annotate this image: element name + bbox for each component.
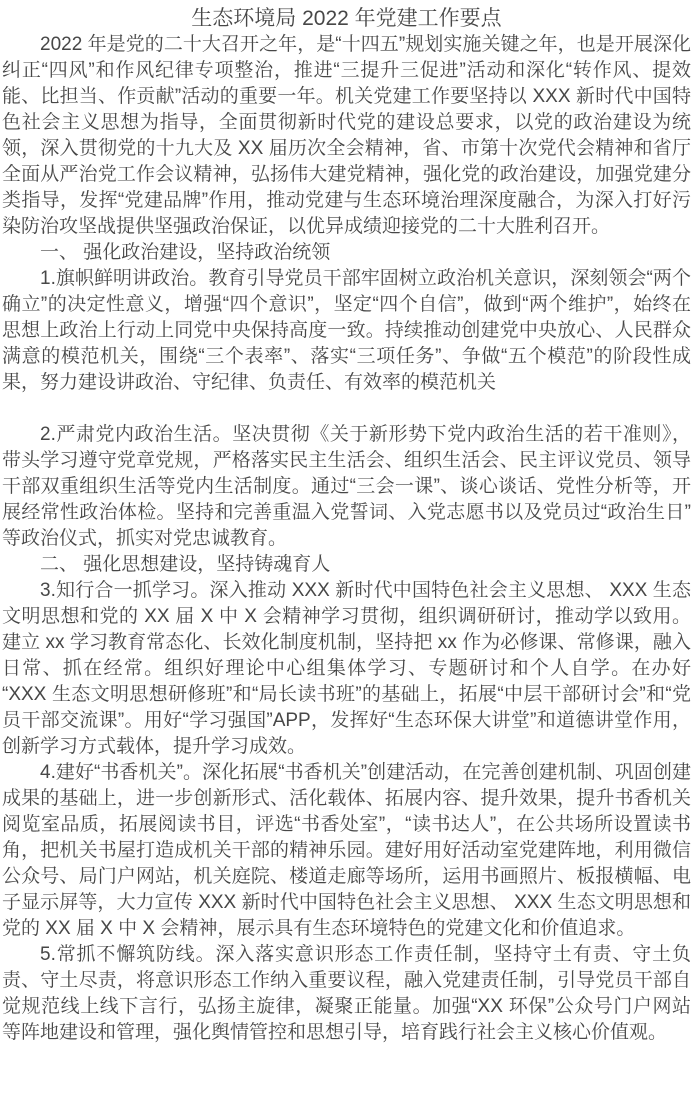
body-paragraph: 2022 年是党的二十大召开之年，是“十四五”规划实施关键之年，也是开展深化纠正… — [2, 32, 691, 240]
section-heading: 二、 强化思想建设，坚持铸魂育人 — [2, 552, 691, 578]
document-body: 2022 年是党的二十大召开之年，是“十四五”规划实施关键之年，也是开展深化纠正… — [2, 32, 691, 1046]
section-heading: 一、 强化政治建设，坚持政治统领 — [2, 240, 691, 266]
document-page: 生态环境局 2022 年党建工作要点 2022 年是党的二十大召开之年，是“十四… — [0, 0, 693, 1097]
document-title: 生态环境局 2022 年党建工作要点 — [2, 5, 691, 32]
body-paragraph: 2.严肃党内政治生活。坚决贯彻《关于新形势下党内政治生活的若干准则》，带头学习遵… — [2, 422, 691, 552]
blank-line — [2, 396, 691, 422]
body-paragraph: 1.旗帜鲜明讲政治。教育引导党员干部牢固树立政治机关意识，深刻领会“两个确立”的… — [2, 266, 691, 396]
body-paragraph: 5.常抓不懈筑防线。深入落实意识形态工作责任制，坚持守土有责、守土负责、守土尽责… — [2, 942, 691, 1046]
body-paragraph: 4.建好“书香机关”。深化拓展“书香机关”创建活动，在完善创建机制、巩固创建成果… — [2, 760, 691, 942]
body-paragraph: 3.知行合一抓学习。深入推动 XXX 新时代中国特色社会主义思想、 XXX 生态… — [2, 578, 691, 760]
